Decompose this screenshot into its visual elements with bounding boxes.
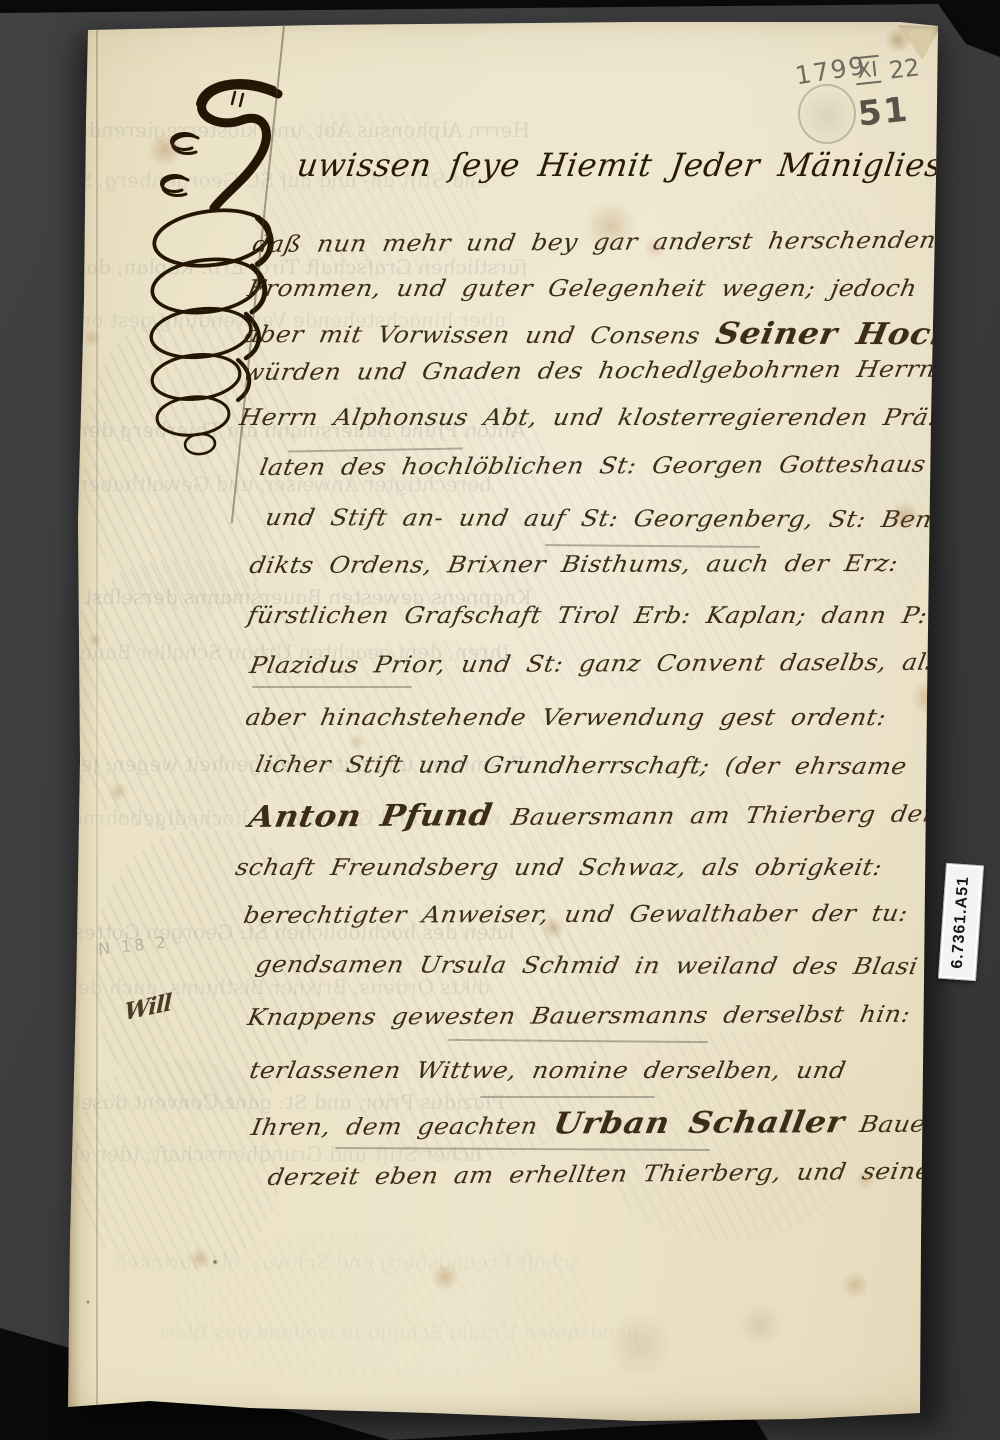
manuscript-page: Herrn Alphonsus Abt, und klosterregieren… xyxy=(0,0,1000,1440)
handwritten-line: licher Stift und Grundherrschaft; (der e… xyxy=(253,752,908,780)
handwritten-line: berechtigter Anweiser, und Gewalthaber d… xyxy=(242,901,910,929)
photo-backdrop: Herrn Alphonsus Abt, und klosterregieren… xyxy=(0,0,1000,1440)
handwritten-line: terlassenen Wittwe, nomine derselben, un… xyxy=(247,1058,848,1084)
handwritten-line: Ihren, dem geachten Urban Schaller Bauer… xyxy=(249,1104,1000,1143)
handwritten-line: Anton Pfund Bauersmann am Thierberg der … xyxy=(246,794,1000,835)
document-heading: uwissen ſeye Hiemit Jeder Mänigliessen, xyxy=(295,146,1000,184)
handwritten-line: laten des hochlöblichen St: Georgen Gott… xyxy=(258,452,928,481)
handwritten-line: Knappens gewesten Bauersmanns derselbst … xyxy=(246,1002,913,1031)
handwritten-line: aber hinachstehende Verwendung gest orde… xyxy=(243,705,888,731)
embossed-stamp-circle xyxy=(798,84,856,144)
handwritten-line: und Stift an- und auf St: Georgenberg, S… xyxy=(263,505,974,533)
handwritten-line: aber mit Vorwissen und Consens Seiner Ho… xyxy=(242,315,971,352)
handwritten-line: schaft Freundsberg und Schwaz, als obrig… xyxy=(233,855,884,881)
handwritten-line: fürstlichen Grafschaft Tirol Erb: Kaplan… xyxy=(245,603,929,629)
handwritten-line: Plazidus Prior, und St: ganz Convent das… xyxy=(248,650,942,679)
archival-label: 6.7361.A51 xyxy=(938,863,984,981)
pencil-underline xyxy=(480,1096,655,1098)
folio-number: 51 xyxy=(856,89,911,134)
handwritten-line: dikts Ordens, Brixner Bisthums, auch der… xyxy=(248,551,901,579)
handwritten-line: daß nun mehr und bey gar anderst hersche… xyxy=(251,227,1000,258)
handwritten-line: gendsamen Ursula Schmid in weiland des B… xyxy=(253,952,920,980)
handwritten-line: Frommen, und guter Gelegenheit wegen; je… xyxy=(245,276,919,302)
pencil-month-annotation: XI xyxy=(854,55,881,85)
heading-text: uwissen ſeye Hiemit Jeder Mänigliessen, xyxy=(295,146,1000,184)
handwritten-line: Herrn Alphonsus Abt, und klosterregieren… xyxy=(237,405,939,431)
archival-label-text: 6.7361.A51 xyxy=(949,875,973,969)
pencil-underline xyxy=(252,686,412,688)
pencil-day-annotation: 22 xyxy=(887,53,921,85)
handwritten-line: würden und Gnaden des hochedlgebohrnen H… xyxy=(241,357,938,386)
